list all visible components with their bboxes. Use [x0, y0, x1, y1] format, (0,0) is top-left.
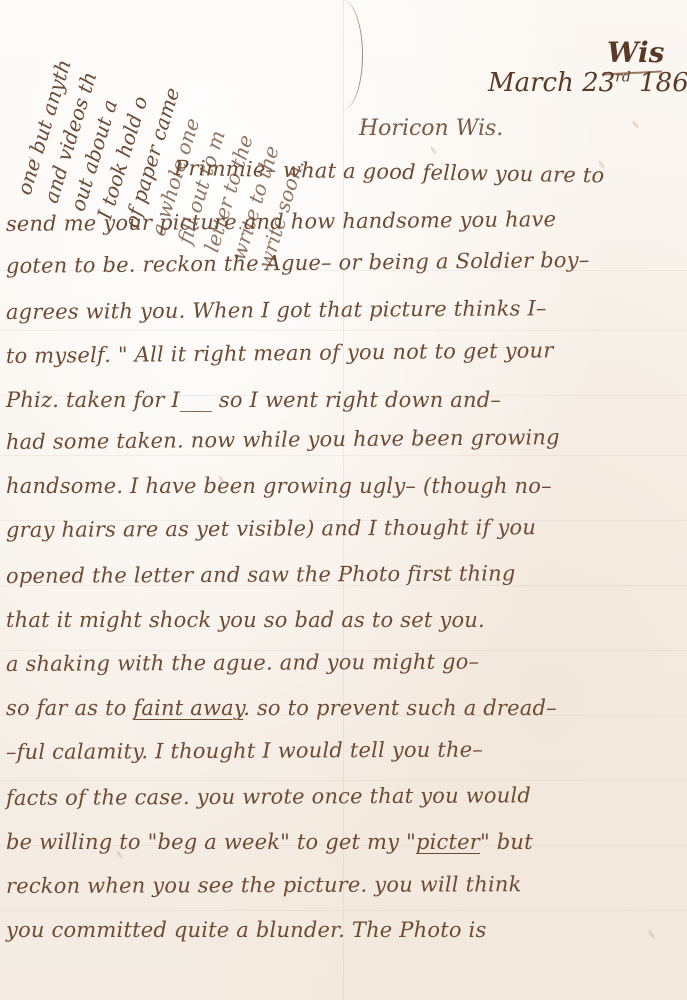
- underlined-phrase: faint away: [133, 696, 243, 720]
- show-through-line: [0, 780, 687, 781]
- text-fragment: . so to prevent such a dread–: [243, 696, 557, 720]
- letter-date: March 23rd 1864: [488, 68, 687, 98]
- letter-line: you committed quite a blunder. The Photo…: [6, 918, 486, 942]
- date-suffix: rd: [615, 69, 631, 85]
- letter-line: to myself. " All it right mean of you no…: [6, 338, 554, 368]
- margin-divider-curve: [322, 0, 363, 110]
- text-fragment: " but: [480, 830, 533, 854]
- show-through-line: [0, 910, 687, 911]
- letter-line: had some taken. now while you have been …: [6, 425, 560, 454]
- text-fragment: so far as to: [6, 696, 133, 720]
- text-fragment: be willing to "beg a week" to get my ": [6, 830, 416, 854]
- letter-line: send me your picture and how handsome yo…: [6, 207, 557, 236]
- letter-line: gray hairs are as yet visible) and I tho…: [6, 515, 536, 542]
- letter-line: that it might shock you so bad as to set…: [6, 608, 485, 632]
- show-through-line: [0, 330, 687, 331]
- letter-line: reckon when you see the picture. you wil…: [6, 872, 522, 898]
- letter-line: facts of the case. you wrote once that y…: [6, 783, 531, 810]
- letter-line: goten to be. reckon the Ague– or being a…: [6, 248, 590, 278]
- salutation-place: Horicon Wis.: [359, 116, 503, 141]
- letter-line: Phiz. taken for I___ so I went right dow…: [6, 388, 501, 412]
- letter-page: one but anyth and videos th out about a …: [0, 0, 687, 1000]
- ink-blot: [632, 120, 640, 129]
- show-through-line: [0, 455, 687, 456]
- letter-line: be willing to "beg a week" to get my "pi…: [6, 830, 533, 854]
- letter-line: –ful calamity. I thought I would tell yo…: [6, 738, 483, 764]
- letter-line: agrees with you. When I got that picture…: [6, 296, 547, 324]
- letter-line: opened the letter and saw the Photo firs…: [6, 561, 516, 588]
- letter-line: a shaking with the ague. and you might g…: [6, 650, 479, 676]
- date-year: 1864: [639, 68, 687, 98]
- ink-blot: [648, 930, 656, 939]
- letter-place: Wis: [607, 36, 664, 69]
- letter-line: handsome. I have been growing ugly– (tho…: [6, 474, 552, 498]
- date-text: March 23: [488, 68, 615, 98]
- underlined-phrase: picter: [416, 830, 480, 854]
- letter-line: so far as to faint away. so to prevent s…: [6, 696, 557, 720]
- ink-blot: [430, 146, 438, 155]
